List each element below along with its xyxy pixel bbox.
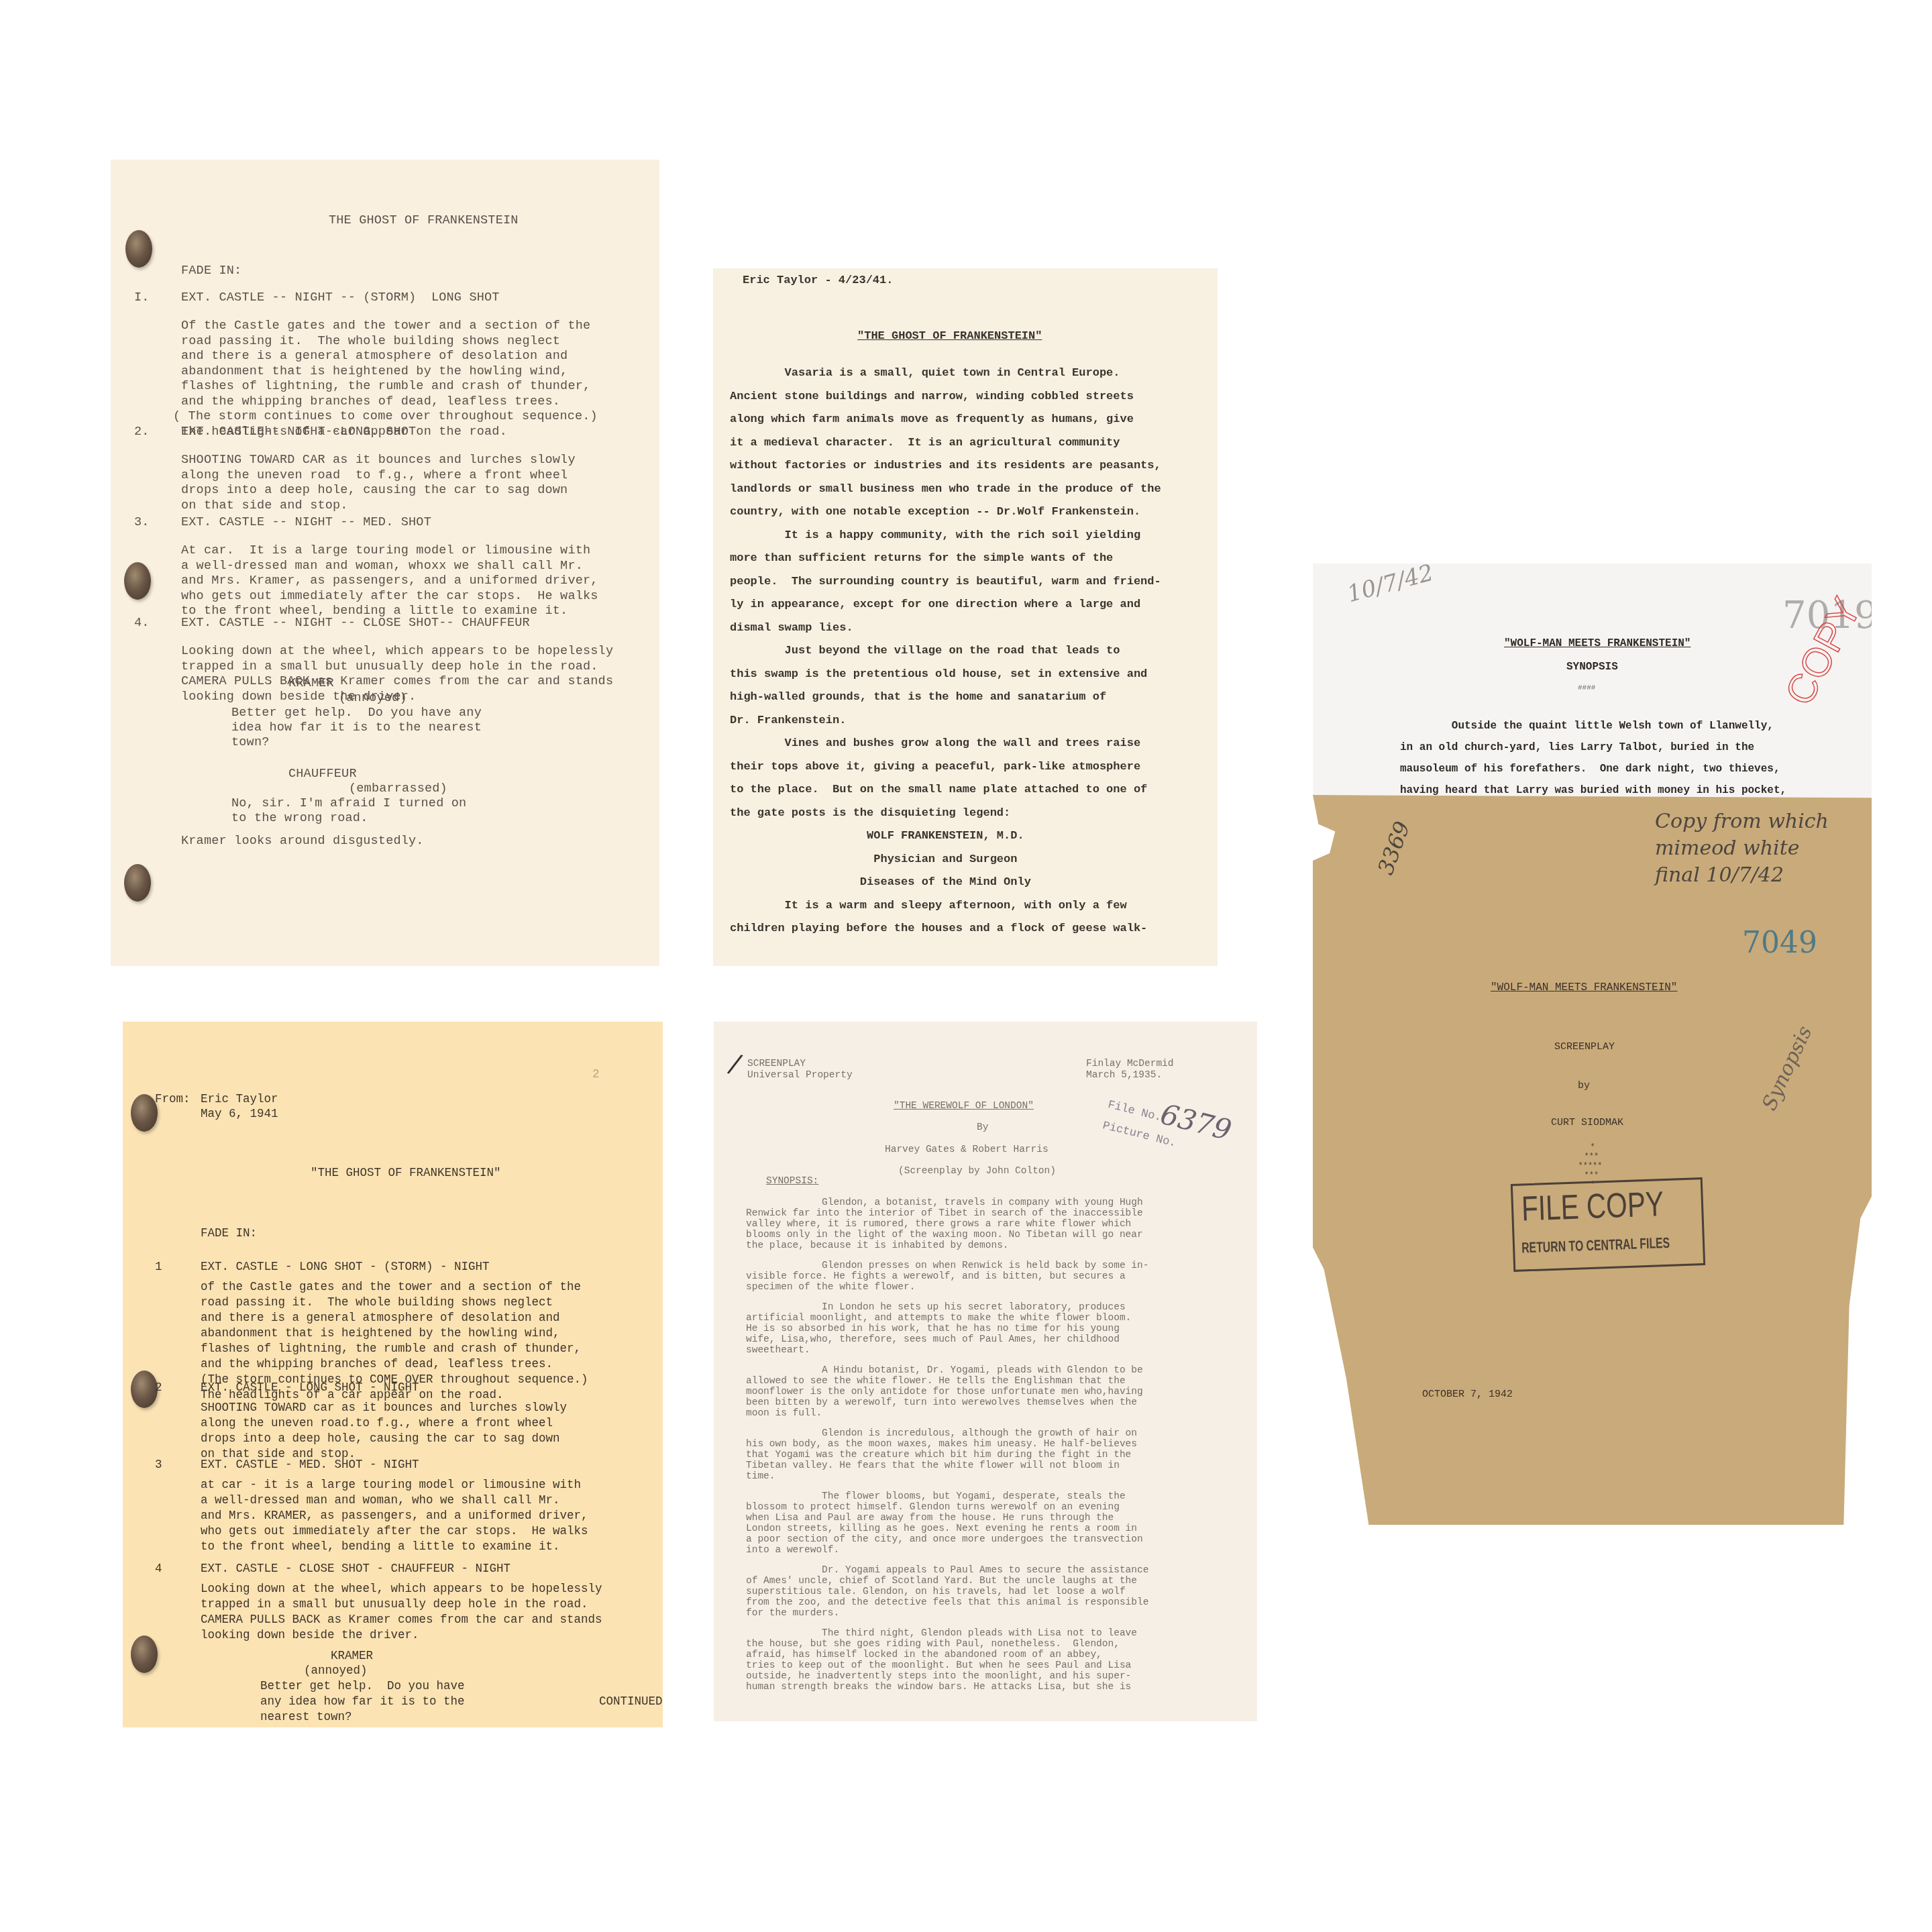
- synopsis-line: in an old church-yard, lies Larry Talbot…: [1400, 736, 1754, 759]
- action-line: and the whipping branches of dead, leafl…: [181, 394, 560, 410]
- dialogue-line: nearest town?: [260, 1710, 352, 1725]
- ornament: ####: [1578, 684, 1595, 692]
- treatment-line: Physician and Surgeon: [730, 849, 1017, 871]
- synopsis-line: outside, he inadvertently steps into the…: [746, 1671, 1131, 1682]
- treatment-line: It is a happy community, with the rich s…: [730, 525, 1140, 547]
- cover-by: by: [1578, 1080, 1590, 1091]
- ornament-row: ***: [1585, 1152, 1599, 1161]
- scene-heading: EXT. CASTLE - LONG SHOT - NIGHT: [201, 1381, 419, 1396]
- page-title: "THE GHOST OF FRANKENSTEIN": [311, 1166, 501, 1181]
- cover-date: OCTOBER 7, 1942: [1422, 1389, 1513, 1400]
- handwritten-mark: /: [726, 1048, 745, 1080]
- treatment-line: Vasaria is a small, quiet town in Centra…: [730, 362, 1120, 385]
- action-line: along the uneven road.to f.g., where a f…: [201, 1416, 553, 1432]
- synopsis-line: been bitten by a werewolf, turn into wer…: [746, 1397, 1137, 1408]
- scene-number: 2.: [134, 425, 150, 440]
- synopsis-line: from the zoo, and the detective feels th…: [746, 1597, 1148, 1608]
- synopsis-page: 10/7/42 7019 "WOLF-MAN MEETS FRANKENSTEI…: [1313, 563, 1872, 798]
- scene-heading: EXT. CASTLE -- NIGHT -- (STORM) LONG SHO…: [181, 290, 500, 306]
- binding-brad-icon: [131, 1371, 158, 1408]
- synopsis-line: tries to keep out of the moonlight. But …: [746, 1660, 1131, 1671]
- synopsis-line: Tibetan valley. He fears that the white …: [746, 1460, 1120, 1471]
- synopsis-line: time.: [746, 1471, 775, 1482]
- action-line: CAMERA PULLS BACK as Kramer comes from t…: [201, 1613, 602, 1628]
- fade-in: FADE IN:: [201, 1226, 257, 1242]
- synopsis-line: a poor section of the city, and once mor…: [746, 1534, 1143, 1545]
- binding-brad-icon: [125, 230, 152, 268]
- scene-heading: EXT. CASTLE - MED. SHOT - NIGHT: [201, 1458, 419, 1473]
- from-name: Eric Taylor: [201, 1092, 278, 1108]
- treatment-line: landlords or small business men who trad…: [730, 478, 1161, 501]
- synopsis-line: In London he sets up his secret laborato…: [746, 1302, 1126, 1313]
- binding-brad-icon: [124, 864, 151, 902]
- treatment-line: without factories or industries and its …: [730, 455, 1161, 478]
- by-line: By: [977, 1122, 988, 1133]
- page-number: 2: [592, 1067, 600, 1083]
- synopsis-line: for the murders.: [746, 1608, 839, 1619]
- treatment-line: their tops above it, giving a peaceful, …: [730, 756, 1140, 779]
- action-line: Of the Castle gates and the tower and a …: [181, 319, 590, 334]
- action-line: At car. It is a large touring model or l…: [181, 543, 590, 559]
- synopsis-line: afraid, has himself locked in the abando…: [746, 1650, 1102, 1660]
- parenthetical: (annoyed): [304, 1664, 368, 1679]
- scene-heading: EXT. CASTLE-- NIGHT--LONG. SHOT: [181, 425, 416, 440]
- synopsis-line: that Yogami was the creature which bit h…: [746, 1450, 1131, 1460]
- handwritten-synopsis: Synopsis: [1758, 1022, 1817, 1114]
- synopsis-line: Glendon is incredulous, although the gro…: [746, 1428, 1137, 1439]
- action-line: a well-dressed man and woman, whoxx we s…: [181, 559, 583, 574]
- action-line: trapped in a small but unusually deep ho…: [181, 659, 598, 675]
- treatment-line: it a medieval character. It is an agricu…: [730, 432, 1120, 455]
- action-line: and the whipping branches of dead, leafl…: [201, 1357, 553, 1373]
- left-header-line: SCREENPLAY: [747, 1059, 806, 1069]
- dialogue-line: to the wrong road.: [231, 811, 368, 826]
- page-title: THE GHOST OF FRANKENSTEIN: [329, 213, 519, 229]
- character-name: KRAMER: [288, 676, 334, 692]
- synopsis-line: mausoleum of his forefathers. One dark n…: [1400, 757, 1780, 780]
- handwritten-number: 3369: [1373, 818, 1415, 878]
- dialogue-line: Better get help. Do you have: [260, 1679, 465, 1695]
- parenthetical: (annoyed): [339, 691, 407, 706]
- synopsis-line: moon is full.: [746, 1408, 822, 1419]
- author-date-header: Eric Taylor - 4/23/41.: [743, 270, 893, 292]
- treatment-line: people. The surrounding country is beaut…: [730, 571, 1161, 594]
- synopsis-line: The third night, Glendon pleads with Lis…: [746, 1628, 1137, 1639]
- parenthetical: (embarrassed): [349, 782, 447, 797]
- synopsis-line: his own body, as the moon waxes, makes h…: [746, 1439, 1137, 1450]
- dialogue-line: No, sir. I'm afraid I turned on: [231, 796, 466, 812]
- binding-brad-icon: [131, 1635, 158, 1673]
- cover-sheet: 3369 Copy from which mimeod white final …: [1313, 795, 1872, 1525]
- action-line: road passing it. The whole building show…: [181, 334, 560, 350]
- action-line: road passing it. The whole building show…: [201, 1295, 553, 1311]
- action-line: and Mrs. Kramer, as passengers, and a un…: [181, 574, 598, 589]
- synopsis-line: Outside the quaint little Welsh town of …: [1400, 714, 1774, 737]
- action-line: a well-dressed man and woman, who we sha…: [201, 1493, 560, 1509]
- treatment-line: Ancient stone buildings and narrow, wind…: [730, 386, 1134, 409]
- treatment-line: this swamp is the pretentious old house,…: [730, 663, 1147, 686]
- character-name: CHAUFFEUR: [288, 767, 357, 782]
- scene-number: I.: [134, 290, 150, 306]
- action-line: drops into a deep hole, causing the car …: [181, 483, 568, 498]
- ghost-treatment-page: Eric Taylor - 4/23/41. "THE GHOST OF FRA…: [713, 268, 1218, 966]
- scene-number: 3: [155, 1458, 162, 1473]
- action-line: and Mrs. KRAMER, as passengers, and a un…: [201, 1509, 588, 1524]
- scene-heading: EXT. CASTLE - LONG SHOT - (STORM) - NIGH…: [201, 1260, 490, 1275]
- scene-number: 1: [155, 1260, 162, 1275]
- action-line: Looking down at the wheel, which appears…: [181, 644, 613, 659]
- action-line: of the Castle gates and the tower and a …: [201, 1280, 581, 1295]
- action-line: SHOOTING TOWARD CAR as it bounces and lu…: [181, 453, 576, 468]
- cover-title: "WOLF-MAN MEETS FRANKENSTEIN": [1491, 981, 1677, 994]
- synopsis-line: superstitious tale. Glendon, on his trav…: [746, 1587, 1126, 1597]
- cover-author: CURT SIODMAK: [1551, 1117, 1623, 1128]
- scene-number: 2: [155, 1381, 162, 1396]
- synopsis-line: blooms only in the light of the waxing m…: [746, 1230, 1143, 1240]
- screenplay-credit: (Screenplay by John Colton): [898, 1166, 1056, 1177]
- handwritten-date: 10/7/42: [1344, 563, 1436, 608]
- treatment-line: to the place. But on the small name plat…: [730, 779, 1147, 802]
- synopsis-label: SYNOPSIS:: [766, 1176, 818, 1187]
- synopsis-line: specimen of the white flower.: [746, 1282, 915, 1293]
- action-line: on that side and stop.: [181, 498, 348, 514]
- synopsis-line: Renwick far into the interior of Tibet i…: [746, 1208, 1143, 1219]
- treatment-line: Diseases of the Mind Only: [730, 871, 1031, 894]
- action-line: Looking down at the wheel, which appears…: [201, 1582, 602, 1597]
- scene-heading: EXT. CASTLE -- NIGHT -- MED. SHOT: [181, 515, 431, 531]
- action-line: Kramer looks around disgustedly.: [181, 834, 424, 849]
- action-line: and there is a general atmosphere of des…: [181, 349, 568, 364]
- page-title: "THE GHOST OF FRANKENSTEIN": [857, 325, 1042, 348]
- scene-number: 4.: [134, 616, 150, 631]
- synopsis-line: the house, but she goes riding with Paul…: [746, 1639, 1120, 1650]
- dialogue-line: town?: [231, 735, 270, 751]
- synopsis-line: when Lisa and Paul are away from the hou…: [746, 1513, 1114, 1523]
- synopsis-line: visible force. He fights a werewolf, and…: [746, 1271, 1126, 1282]
- ornament-row: *****: [1578, 1161, 1603, 1171]
- treatment-line: more than sufficient returns for the sim…: [730, 547, 1113, 570]
- synopsis-line: into a werewolf.: [746, 1545, 839, 1556]
- synopsis-line: sweetheart.: [746, 1345, 810, 1356]
- right-header-line: March 5,1935.: [1086, 1070, 1162, 1081]
- title: "WOLF-MAN MEETS FRANKENSTEIN": [1504, 637, 1690, 649]
- synopsis-line: London streets, killing as he goes. Next…: [746, 1523, 1137, 1534]
- ghost-script-page-2: 2 From: Eric Taylor May 6, 1941 "THE GHO…: [123, 1022, 663, 1727]
- binding-brad-icon: [124, 562, 151, 600]
- scene-heading: EXT. CASTLE -- NIGHT -- CLOSE SHOT-- CHA…: [181, 616, 530, 631]
- treatment-line: WOLF FRANKENSTEIN, M.D.: [730, 825, 1024, 848]
- right-header-line: Finlay McDermid: [1086, 1059, 1174, 1069]
- synopsis-line: Glendon presses on when Renwick is held …: [746, 1260, 1148, 1271]
- treatment-line: children playing before the houses and a…: [730, 918, 1147, 941]
- treatment-line: Just beyond the village on the road that…: [730, 640, 1120, 663]
- synopsis-line: A Hindu botanist, Dr. Yogami, pleads wit…: [746, 1365, 1143, 1376]
- action-line: looking down beside the driver.: [201, 1628, 419, 1644]
- blue-stamp-number: 7049: [1742, 926, 1817, 960]
- left-header-line: Universal Property: [747, 1070, 853, 1081]
- synopsis-line: moonflower is the only antidote for thos…: [746, 1387, 1143, 1397]
- werewolf-synopsis-page: / SCREENPLAY Universal Property Finlay M…: [714, 1022, 1257, 1721]
- action-line: CAMERA PULLS BACK as Kramer comes from t…: [181, 674, 613, 690]
- action-line: along the uneven road to f.g., where a f…: [181, 468, 568, 484]
- handwritten-note: Copy from which mimeod white final 10/7/…: [1655, 808, 1829, 889]
- cover-type: SCREENPLAY: [1554, 1041, 1615, 1053]
- scene-heading: EXT. CASTLE - CLOSE SHOT - CHAUFFEUR - N…: [201, 1562, 511, 1577]
- binding-brad-icon: [131, 1094, 158, 1132]
- action-line: and there is a general atmosphere of des…: [201, 1311, 560, 1326]
- action-line: at car - it is a large touring model or …: [201, 1478, 581, 1493]
- ghost-script-page-1: THE GHOST OF FRANKENSTEIN FADE IN: I.EXT…: [111, 160, 659, 966]
- scene-number: 3.: [134, 515, 150, 531]
- action-line: drops into a deep hole, causing the car …: [201, 1432, 560, 1447]
- synopsis-line: valley where, it is rumored, there grows…: [746, 1219, 1131, 1230]
- file-copy-stamp: FILE COPY RETURN TO CENTRAL FILES: [1511, 1177, 1705, 1272]
- synopsis-line: human strength breaks the window bars. H…: [746, 1682, 1131, 1693]
- synopsis-line: of Ames' uncle, chief of Scotland Yard. …: [746, 1576, 1137, 1587]
- action-line: flashes of lightning, the rumble and cra…: [181, 379, 590, 394]
- synopsis-line: artificial moonlight, and attempts to ma…: [746, 1313, 1131, 1324]
- action-line: SHOOTING TOWARD car as it bounces and lu…: [201, 1401, 567, 1416]
- treatment-line: dismal swamp lies.: [730, 617, 853, 640]
- treatment-line: Vines and bushes grow along the wall and…: [730, 733, 1140, 755]
- treatment-line: It is a warm and sleepy afternoon, with …: [730, 895, 1127, 918]
- treatment-line: the gate posts is the disquieting legend…: [730, 802, 1010, 825]
- fade-in: FADE IN:: [181, 264, 241, 279]
- page-title: "THE WEREWOLF OF LONDON": [894, 1101, 1034, 1112]
- synopsis-line: wife, Lisa,who, therefore, sees much of …: [746, 1334, 1120, 1345]
- action-line: abandonment that is heightened by the ho…: [201, 1326, 560, 1342]
- treatment-line: along which farm animals move as frequen…: [730, 409, 1134, 431]
- ornament-row: ***: [1585, 1171, 1599, 1180]
- from-date: May 6, 1941: [201, 1107, 278, 1122]
- authors: Harvey Gates & Robert Harris: [885, 1144, 1049, 1155]
- from-label: From:: [155, 1092, 191, 1108]
- action-line: who gets out immediately after the car s…: [181, 589, 598, 604]
- synopsis-line: Dr. Yogami appeals to Paul Ames to secur…: [746, 1565, 1148, 1576]
- treatment-line: ly in appearance, except for one directi…: [730, 594, 1140, 616]
- action-line: abandonment that is heightened by the ho…: [181, 364, 568, 380]
- scene-number: 4: [155, 1562, 162, 1577]
- ornament-row: *: [1591, 1142, 1595, 1152]
- treatment-line: Dr. Frankenstein.: [730, 710, 846, 733]
- wolfman-synopsis-and-cover: 10/7/42 7019 "WOLF-MAN MEETS FRANKENSTEI…: [1313, 563, 1872, 1525]
- treatment-line: high-walled grounds, that is the home an…: [730, 686, 1106, 709]
- action-line: trapped in a small but unusually deep ho…: [201, 1597, 588, 1613]
- synopsis-line: The flower blooms, but Yogami, desperate…: [746, 1491, 1126, 1502]
- synopsis-line: the place, because it is inhabited by de…: [746, 1240, 1009, 1251]
- dialogue-line: Better get help. Do you have any: [231, 706, 482, 721]
- action-line: ( The storm continues to come over throu…: [173, 409, 598, 425]
- character-name: KRAMER: [331, 1649, 373, 1664]
- treatment-line: country, with one notable exception -- D…: [730, 501, 1140, 524]
- dialogue-line: any idea how far it is to the: [260, 1695, 465, 1710]
- synopsis-line: Glendon, a botanist, travels in company …: [746, 1197, 1143, 1208]
- action-line: flashes of lightning, the rumble and cra…: [201, 1342, 581, 1357]
- continued-marker: CONTINUED: [599, 1695, 663, 1710]
- synopsis-line: allowed to see the white flower. He tell…: [746, 1376, 1126, 1387]
- synopsis-line: blossom to protect himself. Glendon turn…: [746, 1502, 1120, 1513]
- action-line: who gets out immediately after the car s…: [201, 1524, 588, 1540]
- subtitle: SYNOPSIS: [1566, 661, 1618, 673]
- action-line: to the front wheel, bending a little to …: [201, 1540, 560, 1555]
- dialogue-line: idea how far it is to the nearest: [231, 720, 482, 736]
- synopsis-line: He is so absorbed in his work, that he h…: [746, 1324, 1120, 1334]
